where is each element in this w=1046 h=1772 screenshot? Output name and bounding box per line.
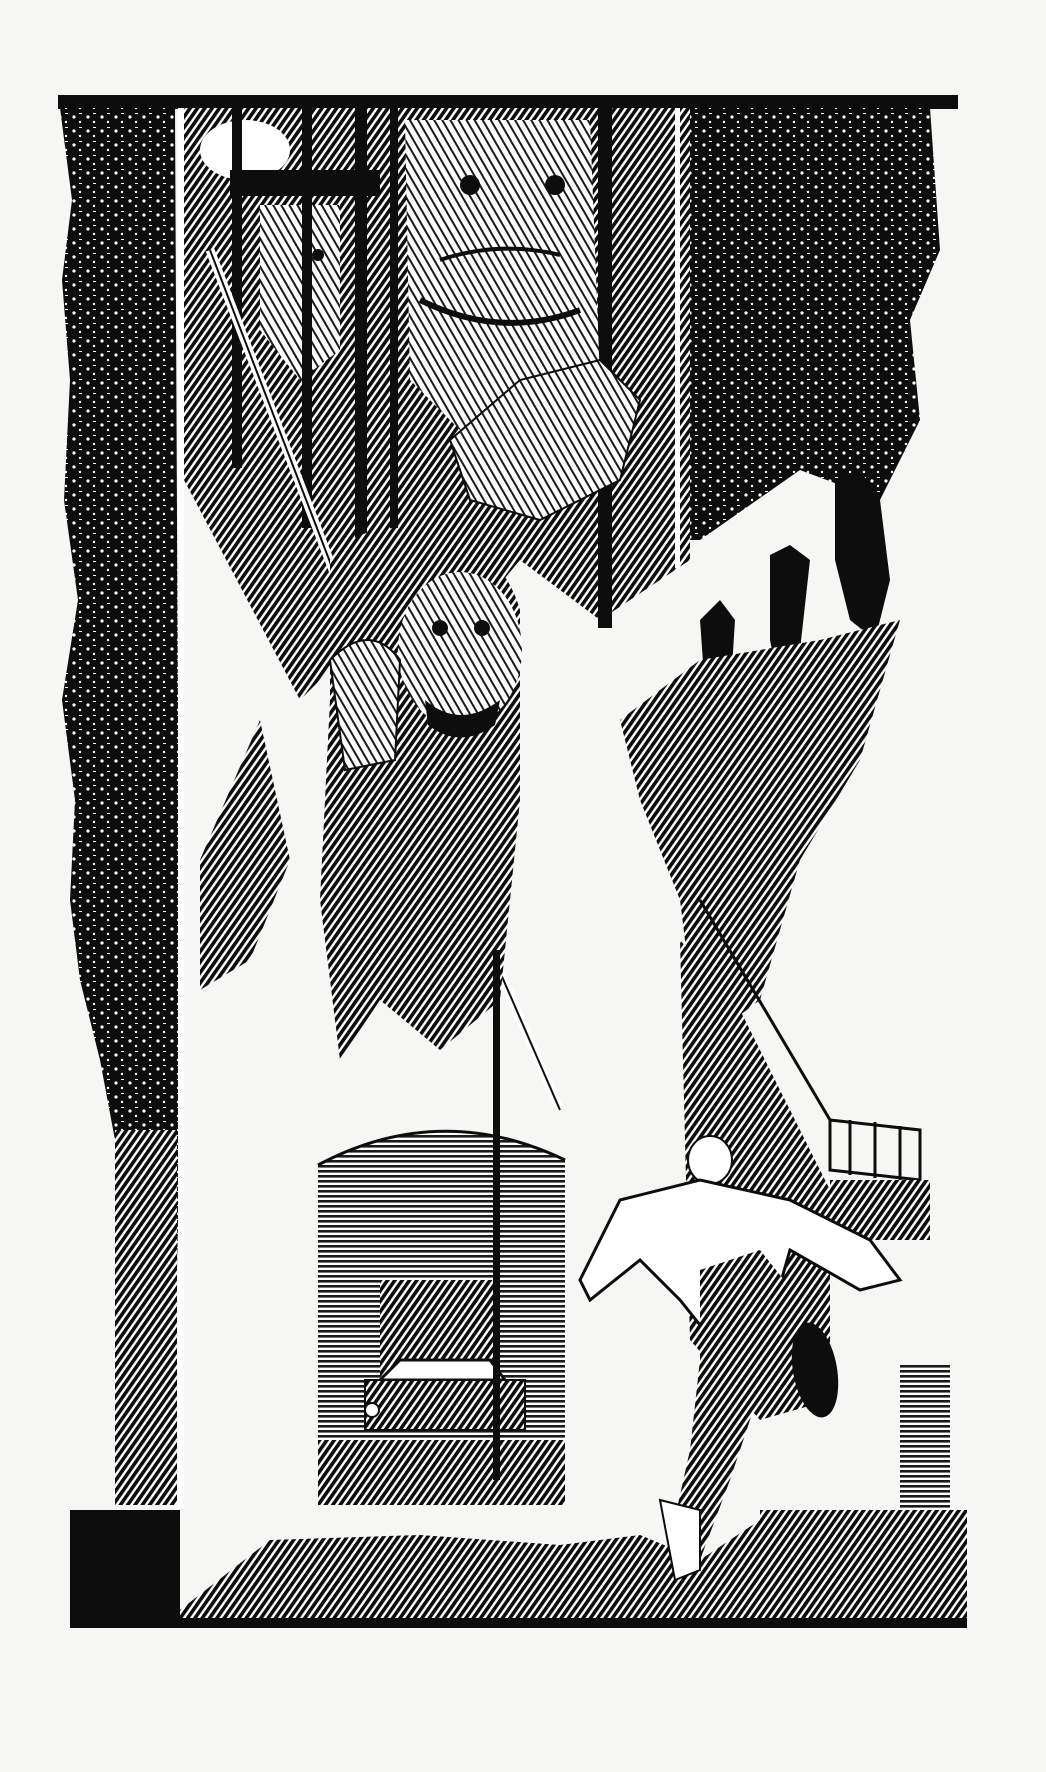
illustration-artwork [0, 0, 1046, 1772]
illustration-page: Illustration framed by a large dark lett… [0, 0, 1046, 1772]
trees-right [690, 108, 940, 540]
chimpanzee [320, 528, 522, 1060]
